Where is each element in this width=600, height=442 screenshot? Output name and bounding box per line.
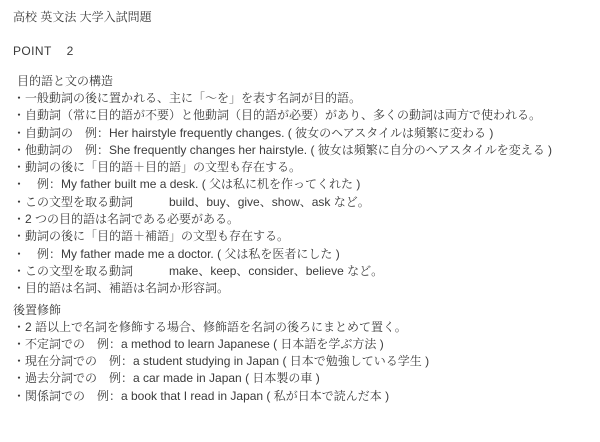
bullet-line: ・関係詞での 例：a book that I read in Japan ( 私… bbox=[13, 388, 594, 405]
bullet-line: ・過去分詞での 例：a car made in Japan ( 日本製の車 ) bbox=[13, 370, 594, 387]
section-heading-object-structure: 目的語と文の構造 bbox=[13, 73, 594, 90]
bullet-line: ・自動詞の 例：Her hairstyle frequently changes… bbox=[13, 125, 594, 142]
bullet-line: ・他動詞の 例：She frequently changes her hairs… bbox=[13, 142, 594, 159]
bullet-line: ・自動詞（常に目的語が不要）と他動詞（目的語が必要）があり、多くの動詞は両方で使… bbox=[13, 107, 594, 124]
bullet-line: ・ 例：My father made me a doctor. ( 父は私を医者… bbox=[13, 246, 594, 263]
point-label: POINT bbox=[13, 44, 52, 58]
bullet-line: ・ 例：My father built me a desk. ( 父は私に机を作… bbox=[13, 176, 594, 193]
bullet-line: ・この文型を取る動詞 build、buy、give、show、ask など。 bbox=[13, 194, 594, 211]
bullet-line: ・動詞の後に「目的語＋補語」の文型も存在する。 bbox=[13, 228, 594, 245]
section-object-and-sentence-structure: 目的語と文の構造 ・一般動詞の後に置かれる、主に「〜を」を表す名詞が目的語。 ・… bbox=[13, 73, 594, 298]
section-heading-postmodification: 後置修飾 bbox=[13, 302, 594, 319]
bullet-line: ・一般動詞の後に置かれる、主に「〜を」を表す名詞が目的語。 bbox=[13, 90, 594, 107]
document-page: 高校 英文法 大学入試問題 POINT2 目的語と文の構造 ・一般動詞の後に置か… bbox=[0, 0, 600, 442]
bullet-line: ・動詞の後に「目的語＋目的語」の文型も存在する。 bbox=[13, 159, 594, 176]
document-title: 高校 英文法 大学入試問題 bbox=[13, 9, 594, 25]
bullet-line: ・2 つの目的語は名詞である必要がある。 bbox=[13, 211, 594, 228]
bullet-line: ・現在分詞での 例：a student studying in Japan ( … bbox=[13, 353, 594, 370]
point-heading: POINT2 bbox=[13, 43, 594, 59]
bullet-line: ・目的語は名詞、補語は名詞か形容詞。 bbox=[13, 280, 594, 297]
bullet-line: ・この文型を取る動詞 make、keep、consider、believe など… bbox=[13, 263, 594, 280]
point-number: 2 bbox=[67, 44, 74, 58]
bullet-line: ・2 語以上で名詞を修飾する場合、修飾語を名詞の後ろにまとめて置く。 bbox=[13, 319, 594, 336]
bullet-line: ・不定詞での 例：a method to learn Japanese ( 日本… bbox=[13, 336, 594, 353]
section-postpositional-modification: 後置修飾 ・2 語以上で名詞を修飾する場合、修飾語を名詞の後ろにまとめて置く。 … bbox=[13, 302, 594, 405]
